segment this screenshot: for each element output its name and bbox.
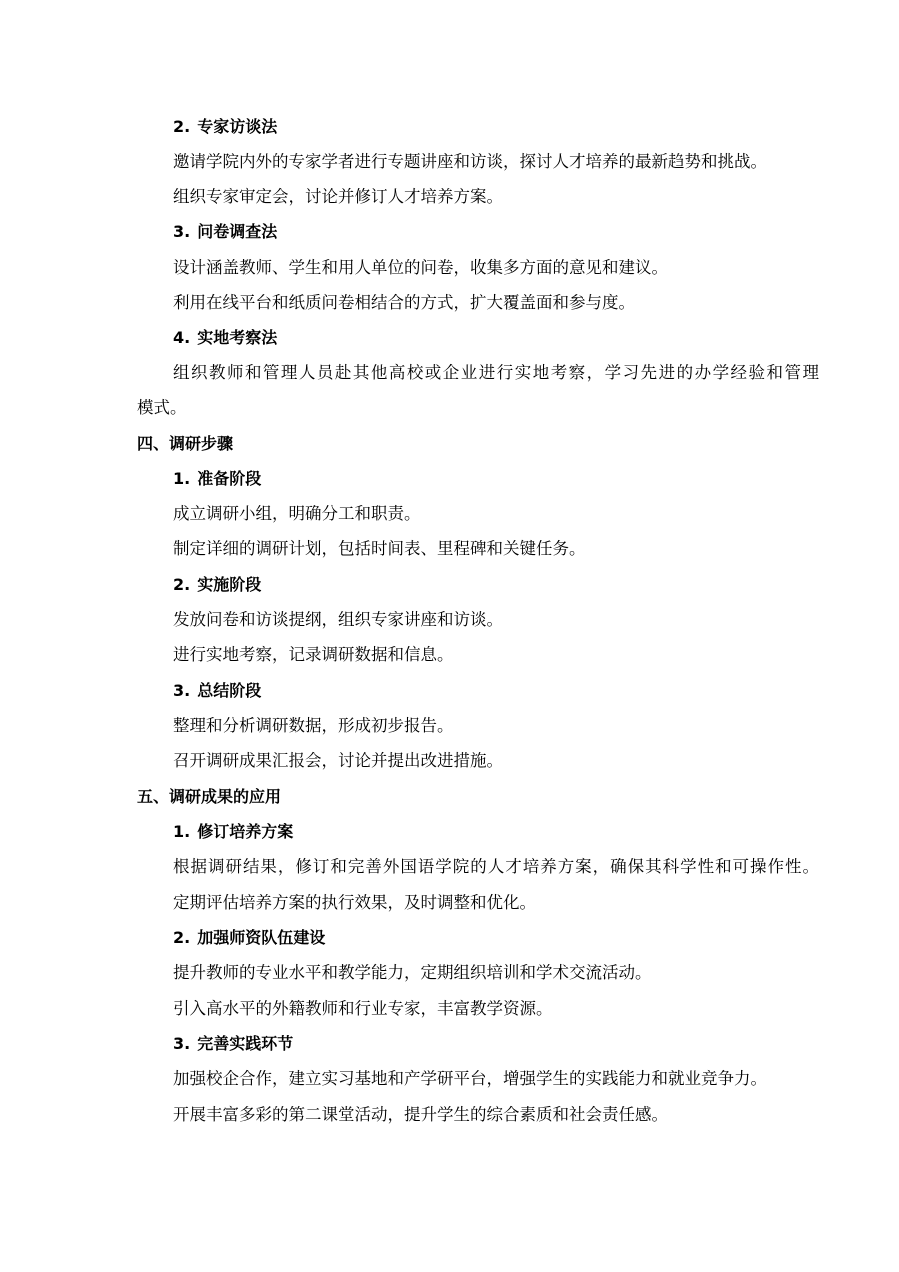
subheading-text: 完善实践环节 (197, 1034, 293, 1053)
document-page: 2.专家访谈法 邀请学院内外的专家学者进行专题讲座和访谈，探讨人才培养的最新趋势… (0, 0, 899, 1272)
paragraph: 定期评估培养方案的执行效果，及时调整和优化。 (173, 892, 536, 914)
subheading-text: 加强师资队伍建设 (197, 928, 325, 947)
subheading-field-visit: 4.实地考察法 (173, 327, 277, 349)
subheading-number: 2. (173, 928, 190, 947)
subheading-revise-plan: 1.修订培养方案 (173, 821, 293, 843)
paragraph: 召开调研成果汇报会，讨论并提出改进措施。 (173, 750, 503, 772)
paragraph: 组织专家审定会，讨论并修订人才培养方案。 (173, 186, 503, 208)
paragraph: 根据调研结果，修订和完善外国语学院的人才培养方案，确保其科学性和可操作性。 (173, 856, 819, 878)
subheading-number: 1. (173, 469, 190, 488)
subheading-number: 3. (173, 222, 190, 241)
paragraph: 成立调研小组，明确分工和职责。 (173, 503, 421, 525)
subheading-number: 3. (173, 681, 190, 700)
subheading-number: 2. (173, 575, 190, 594)
section-heading-research-steps: 四、调研步骤 (137, 433, 233, 455)
subheading-text: 专家访谈法 (197, 117, 277, 136)
paragraph: 邀请学院内外的专家学者进行专题讲座和访谈，探讨人才培养的最新趋势和挑战。 (173, 151, 767, 173)
subheading-number: 4. (173, 328, 190, 347)
subheading-summary: 3.总结阶段 (173, 680, 261, 702)
subheading-practice: 3.完善实践环节 (173, 1033, 293, 1055)
section-heading-application: 五、调研成果的应用 (137, 786, 281, 808)
subheading-questionnaire: 3.问卷调查法 (173, 221, 277, 243)
subheading-implementation: 2.实施阶段 (173, 574, 261, 596)
subheading-text: 修订培养方案 (197, 822, 293, 841)
paragraph: 进行实地考察，记录调研数据和信息。 (173, 644, 454, 666)
paragraph: 制定详细的调研计划，包括时间表、里程碑和关键任务。 (173, 538, 586, 560)
subheading-preparation: 1.准备阶段 (173, 468, 261, 490)
paragraph: 发放问卷和访谈提纲，组织专家讲座和访谈。 (173, 609, 503, 631)
subheading-text: 问卷调查法 (197, 222, 277, 241)
subheading-faculty: 2.加强师资队伍建设 (173, 927, 325, 949)
paragraph: 组织教师和管理人员赴其他高校或企业进行实地考察，学习先进的办学经验和管理 (173, 362, 819, 384)
subheading-number: 2. (173, 117, 190, 136)
subheading-number: 1. (173, 822, 190, 841)
subheading-expert-interview: 2.专家访谈法 (173, 116, 277, 138)
subheading-number: 3. (173, 1034, 190, 1053)
paragraph-continuation: 模式。 (137, 397, 187, 419)
paragraph: 利用在线平台和纸质问卷相结合的方式，扩大覆盖面和参与度。 (173, 292, 635, 314)
subheading-text: 总结阶段 (197, 681, 261, 700)
paragraph: 开展丰富多彩的第二课堂活动，提升学生的综合素质和社会责任感。 (173, 1104, 668, 1126)
paragraph: 整理和分析调研数据，形成初步报告。 (173, 715, 454, 737)
subheading-text: 准备阶段 (197, 469, 261, 488)
paragraph: 加强校企合作，建立实习基地和产学研平台，增强学生的实践能力和就业竞争力。 (173, 1068, 767, 1090)
paragraph: 提升教师的专业水平和教学能力，定期组织培训和学术交流活动。 (173, 962, 652, 984)
paragraph: 引入高水平的外籍教师和行业专家，丰富教学资源。 (173, 998, 553, 1020)
paragraph: 设计涵盖教师、学生和用人单位的问卷，收集多方面的意见和建议。 (173, 257, 668, 279)
subheading-text: 实施阶段 (197, 575, 261, 594)
subheading-text: 实地考察法 (197, 328, 277, 347)
